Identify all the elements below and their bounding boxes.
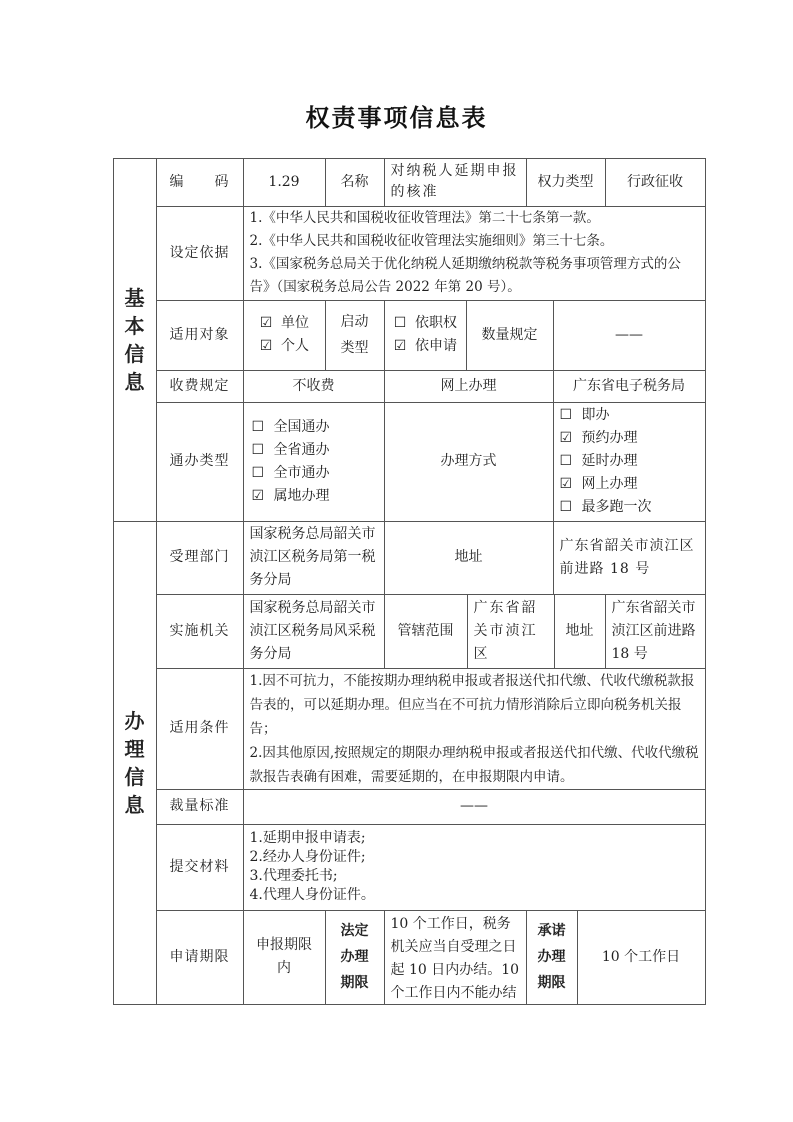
basis-label: 设定依据 <box>156 206 244 301</box>
section-process-info: 办 理 信 息 <box>113 521 157 1005</box>
impl-value: 国家税务总局韶关市浈江区税务局风采税务分局 <box>243 594 385 669</box>
legal-period-value: 10 个工作日，税务机关应当自受理之日起 10 日内办结。10 个工作日内不能办… <box>384 910 527 1005</box>
option-label: 全市通办 <box>274 465 330 481</box>
fee-label: 收费规定 <box>156 370 244 403</box>
promise-period-value: 10 个工作日 <box>577 910 706 1005</box>
option-label: 单位 <box>281 315 309 331</box>
section-char: 息 <box>125 368 145 396</box>
code-value: 1.29 <box>243 158 326 207</box>
option-label: 个人 <box>281 338 309 354</box>
discretion-value: —— <box>243 789 706 825</box>
option-label: 依职权 <box>415 315 457 331</box>
checkbox-unchecked-icon[interactable]: ☐ <box>252 462 266 485</box>
materials-list: 1.延期申报申请表; 2.经办人身份证件; 3.代理委托书; 4.代理人身份证件… <box>243 824 706 911</box>
condition-label: 适用条件 <box>156 668 244 790</box>
target-label: 适用对象 <box>156 300 244 371</box>
section-char: 息 <box>125 791 145 819</box>
start-option-ex-officio[interactable]: ☐依职权 <box>393 312 457 335</box>
start-option-on-application[interactable]: ☑依申请 <box>393 335 457 358</box>
legal-period-label: 法定办理期限 <box>325 910 385 1005</box>
code-label: 编 码 <box>156 158 244 207</box>
section-char: 基 <box>125 284 145 312</box>
target-options: ☑单位 ☑个人 <box>243 300 326 371</box>
jurisdiction-value: 广东省韶关市浈江区 <box>467 594 555 669</box>
basis-item: 1.《中华人民共和国税收征收管理法》第二十七条第一款。 <box>250 207 600 230</box>
basis-item: 3.《国家税务总局关于优化纳税人延期缴纳税款等税务事项管理方式的公告》（国家税务… <box>250 253 701 299</box>
method-option-online[interactable]: ☑网上办理 <box>560 473 638 496</box>
option-label: 预约办理 <box>582 430 638 446</box>
option-label: 属地办理 <box>274 488 330 504</box>
impl-addr-value: 广东省韶关市浈江区前进路 18 号 <box>605 594 706 669</box>
power-type-value: 行政征收 <box>605 158 706 207</box>
quantity-label: 数量规定 <box>466 300 554 371</box>
impl-label: 实施机关 <box>156 594 244 669</box>
section-char: 本 <box>125 312 145 340</box>
condition-item: 2.因其他原因,按照规定的期限办理纳税申报或者报送代扣代缴、代收代缴税款报告表确… <box>250 741 701 789</box>
start-type-text: 启动类型 <box>340 309 370 361</box>
method-options: ☐即办 ☑预约办理 ☐延时办理 ☑网上办理 ☐最多跑一次 <box>553 402 706 522</box>
online-label: 网上办理 <box>384 370 554 403</box>
page-title: 权责事项信息表 <box>0 98 793 133</box>
material-item: 2.经办人身份证件; <box>250 848 366 867</box>
apply-period-label: 申请期限 <box>156 910 244 1005</box>
basis-item: 2.《中华人民共和国税收征收管理法实施细则》第三十七条。 <box>250 230 614 253</box>
info-table: 基 本 信 息 办 理 信 息 编 码 1.29 名称 对纳税人延期申报的核准 … <box>113 158 706 1005</box>
general-option-provincial[interactable]: ☐全省通办 <box>252 439 330 462</box>
online-value: 广东省电子税务局 <box>553 370 706 403</box>
option-label: 最多跑一次 <box>582 499 652 515</box>
checkbox-unchecked-icon[interactable]: ☐ <box>252 439 266 462</box>
checkbox-unchecked-icon[interactable]: ☐ <box>560 496 574 519</box>
checkbox-checked-icon[interactable]: ☑ <box>560 427 574 450</box>
option-label: 网上办理 <box>582 476 638 492</box>
method-label: 办理方式 <box>384 402 554 522</box>
section-char: 信 <box>125 763 145 791</box>
target-option-individual[interactable]: ☑个人 <box>259 335 309 358</box>
option-label: 即办 <box>582 407 610 423</box>
general-option-national[interactable]: ☐全国通办 <box>252 416 330 439</box>
target-option-unit[interactable]: ☑单位 <box>259 312 309 335</box>
material-item: 1.延期申报申请表; <box>250 829 366 848</box>
jurisdiction-label: 管辖范围 <box>384 594 468 669</box>
checkbox-unchecked-icon[interactable]: ☐ <box>560 404 574 427</box>
apply-period-value: 申报期限内 <box>243 910 326 1005</box>
accept-dept-value: 国家税务总局韶关市浈江区税务局第一税务分局 <box>243 521 385 595</box>
material-item: 4.代理人身份证件。 <box>250 886 375 905</box>
quantity-value: —— <box>553 300 706 371</box>
fee-value: 不收费 <box>243 370 385 403</box>
checkbox-checked-icon[interactable]: ☑ <box>560 473 574 496</box>
checkbox-checked-icon[interactable]: ☑ <box>259 312 273 335</box>
accept-addr-value: 广东省韶关市浈江区前进路 18 号 <box>553 521 706 595</box>
method-option-appointment[interactable]: ☑预约办理 <box>560 427 638 450</box>
accept-dept-label: 受理部门 <box>156 521 244 595</box>
apply-period-text: 申报期限内 <box>253 934 315 980</box>
legal-period-text: 法定办理期限 <box>340 918 370 996</box>
method-option-delayed[interactable]: ☐延时办理 <box>560 450 638 473</box>
general-option-local[interactable]: ☑属地办理 <box>252 485 330 508</box>
discretion-label: 裁量标准 <box>156 789 244 825</box>
condition-item: 1.因不可抗力，不能按期办理纳税申报或者报送代扣代缴、代收代缴税款报告表的，可以… <box>250 669 701 741</box>
section-char: 信 <box>125 340 145 368</box>
section-char: 理 <box>125 735 145 763</box>
name-label: 名称 <box>325 158 385 207</box>
power-type-label: 权力类型 <box>526 158 606 207</box>
name-value: 对纳税人延期申报的核准 <box>384 158 527 207</box>
promise-period-text: 承诺办理期限 <box>537 918 567 996</box>
materials-label: 提交材料 <box>156 824 244 911</box>
option-label: 依申请 <box>415 338 457 354</box>
checkbox-checked-icon[interactable]: ☑ <box>259 335 273 358</box>
method-option-one-visit[interactable]: ☐最多跑一次 <box>560 496 652 519</box>
impl-addr-label: 地址 <box>554 594 606 669</box>
checkbox-checked-icon[interactable]: ☑ <box>252 485 266 508</box>
option-label: 全国通办 <box>274 419 330 435</box>
checkbox-unchecked-icon[interactable]: ☐ <box>252 416 266 439</box>
option-label: 全省通办 <box>274 442 330 458</box>
option-label: 延时办理 <box>582 453 638 469</box>
section-char: 办 <box>125 707 145 735</box>
start-type-options: ☐依职权 ☑依申请 <box>384 300 467 371</box>
promise-period-label: 承诺办理期限 <box>526 910 578 1005</box>
start-type-label: 启动类型 <box>325 300 385 371</box>
method-option-immediate[interactable]: ☐即办 <box>560 404 610 427</box>
accept-addr-label: 地址 <box>384 521 554 595</box>
checkbox-unchecked-icon[interactable]: ☐ <box>393 312 407 335</box>
checkbox-unchecked-icon[interactable]: ☐ <box>560 450 574 473</box>
general-type-options: ☐全国通办 ☐全省通办 ☐全市通办 ☑属地办理 <box>243 402 385 522</box>
checkbox-checked-icon[interactable]: ☑ <box>393 335 407 358</box>
general-option-city[interactable]: ☐全市通办 <box>252 462 330 485</box>
material-item: 3.代理委托书; <box>250 867 338 886</box>
section-basic-info: 基 本 信 息 <box>113 158 157 522</box>
general-type-label: 通办类型 <box>156 402 244 522</box>
basis-list: 1.《中华人民共和国税收征收管理法》第二十七条第一款。 2.《中华人民共和国税收… <box>243 206 706 301</box>
condition-list: 1.因不可抗力，不能按期办理纳税申报或者报送代扣代缴、代收代缴税款报告表的，可以… <box>243 668 706 790</box>
